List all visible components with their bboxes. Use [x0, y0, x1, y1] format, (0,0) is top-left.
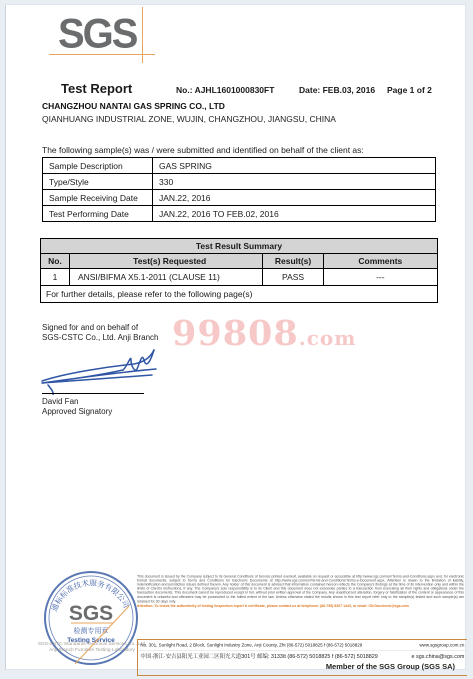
member-line: Member of the SGS Group (SGS SA): [326, 662, 455, 671]
testing-service-stamp: 通标标准技术服务有限公司 SGS 检测专用章 Testing Service: [39, 568, 143, 672]
tel-fax-en: t (86-572) 5018825 f (86-572) 5018829: [284, 642, 395, 647]
sample-label: Sample Receiving Date: [43, 190, 153, 206]
client-name: CHANGZHOU NANTAI GAS SPRING CO., LTD: [42, 101, 225, 111]
result-cell-result: PASS: [263, 269, 323, 286]
report-date: Date: FEB.03, 2016: [299, 85, 375, 95]
address-cn: 中国·浙江·安吉县阳光工业园二区阳光大道301号 邮编: 313300: [138, 652, 284, 660]
result-cell-no: 1: [41, 269, 70, 286]
sample-label: Type/Style: [43, 174, 153, 190]
result-table-title: Test Result Summary: [41, 239, 438, 254]
page-indicator: Page 1 of 2: [387, 85, 432, 95]
sample-label: Sample Description: [43, 158, 153, 174]
column-header-comments: Comments: [323, 254, 437, 269]
report-title: Test Report: [61, 81, 132, 96]
stamp-sgs-text: SGS: [69, 602, 113, 625]
table-row: For further details, please refer to the…: [41, 286, 438, 303]
sample-value: JAN.22, 2016 TO FEB.02, 2016: [153, 206, 436, 222]
address-row-cn: 中国·浙江·安吉县阳光工业园二区阳光大道301号 邮编: 313300 t (8…: [138, 650, 467, 661]
sample-value: JAN.22, 2016: [153, 190, 436, 206]
result-cell-test: ANSI/BIFMA X5.1-2011 (CLAUSE 11): [69, 269, 263, 286]
signature-line1: Signed for and on behalf of: [42, 323, 138, 332]
stamp-company-line2: Anji Branch Furniture Testing Laboratory: [32, 647, 152, 653]
address-row-en: No. 301, Sunlight Road, 2 Block, Sunligh…: [138, 640, 467, 650]
client-address: QIANHUANG INDUSTRIAL ZONE, WUJIN, CHANGZ…: [42, 114, 336, 124]
column-header-no: No.: [41, 254, 70, 269]
sample-label: Test Performing Date: [43, 206, 153, 222]
result-table-footer: For further details, please refer to the…: [41, 286, 438, 303]
column-header-result: Result(s): [263, 254, 323, 269]
website-text: www.sgsgroup.com.cn: [395, 642, 466, 647]
table-row: 1 ANSI/BIFMA X5.1-2011 (CLAUSE 11) PASS …: [41, 269, 438, 286]
report-page: SGS Test Report No.: AJHL1601000830FT Da…: [5, 4, 466, 670]
stamp-company-line1: SGS-CSTC Standards Technical Services Co…: [32, 641, 152, 647]
email-text: e sgs.china@sgs.com: [395, 653, 466, 659]
table-row: Test Performing Date JAN.22, 2016 TO FEB…: [43, 206, 436, 222]
table-row: Sample Description GAS SPRING: [43, 158, 436, 174]
test-result-summary-table: Test Result Summary No. Test(s) Requeste…: [40, 238, 438, 303]
table-row: No. Test(s) Requested Result(s) Comments: [41, 254, 438, 269]
tel-fax-cn: t (86-572) 5018825 f (86-572) 5018829: [284, 653, 395, 659]
intro-text: The following sample(s) was / were submi…: [42, 145, 364, 155]
footer-fine-print-block: This document is issued by the Company s…: [137, 575, 464, 633]
signature-image: [36, 339, 172, 395]
watermark-suffix: .com: [299, 326, 357, 350]
address-en: No. 301, Sunlight Road, 2 Block, Sunligh…: [138, 642, 284, 647]
signatory-role: Approved Signatory: [42, 407, 112, 416]
crop-mark-vertical: [142, 7, 143, 63]
result-cell-comments: ---: [323, 269, 437, 286]
watermark-main: 99808: [172, 313, 299, 354]
report-number: No.: AJHL1601000830FT: [176, 85, 274, 95]
crop-mark-horizontal: [49, 54, 155, 55]
sgs-logo: SGS: [58, 11, 136, 57]
signature-rule: [42, 393, 144, 394]
table-row: Type/Style 330: [43, 174, 436, 190]
table-row: Test Result Summary: [41, 239, 438, 254]
watermark: 99808.com: [172, 313, 356, 354]
column-header-test: Test(s) Requested: [69, 254, 263, 269]
stamp-company-lines: SGS-CSTC Standards Technical Services Co…: [32, 641, 152, 656]
attention-text: Attention: To check the authenticity of …: [137, 605, 464, 609]
sample-value: 330: [153, 174, 436, 190]
table-row: Sample Receiving Date JAN.22, 2016: [43, 190, 436, 206]
signatory-name: David Fan: [42, 397, 78, 406]
terms-text: This document is issued by the Company s…: [137, 575, 464, 604]
sample-info-table: Sample Description GAS SPRING Type/Style…: [42, 157, 436, 222]
sample-value: GAS SPRING: [153, 158, 436, 174]
